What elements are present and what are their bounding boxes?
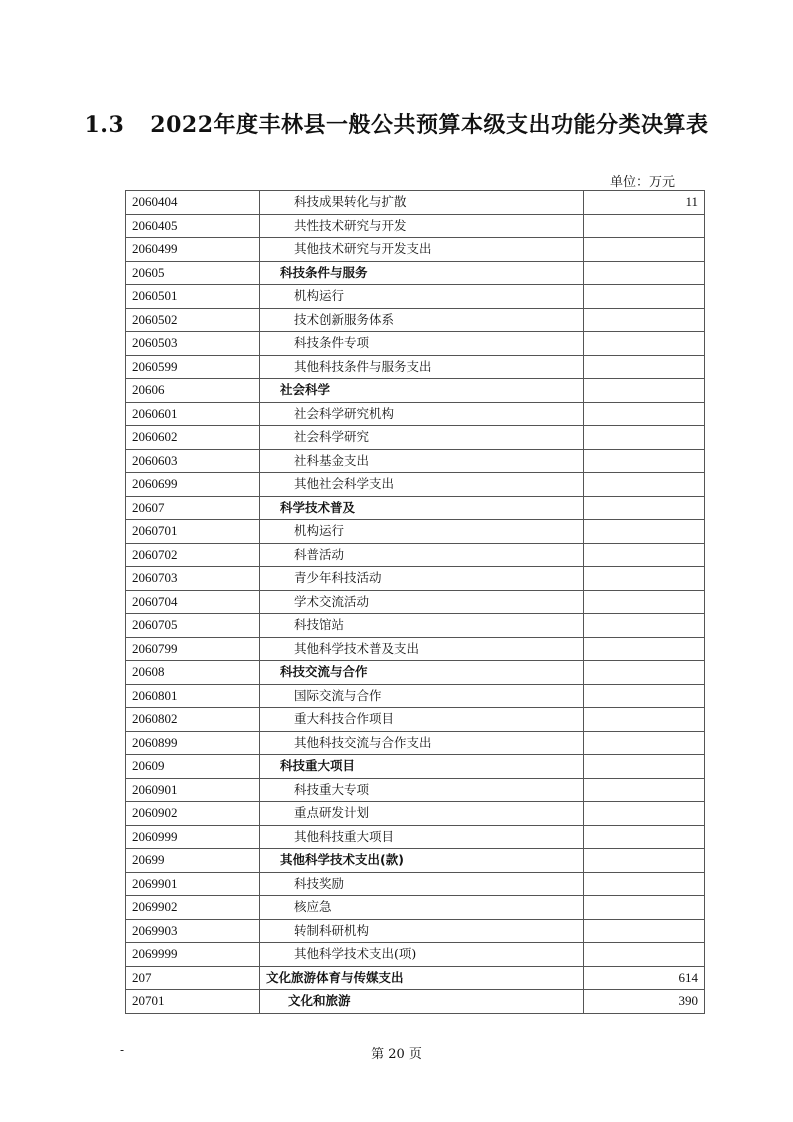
cell-amount	[584, 496, 705, 520]
cell-code: 20699	[126, 849, 260, 873]
cell-code: 20608	[126, 661, 260, 685]
cell-name: 科学技术普及	[260, 496, 584, 520]
table-row: 20605科技条件与服务	[126, 261, 705, 285]
cell-name: 社会科学研究	[260, 426, 584, 450]
table-row: 2060502技术创新服务体系	[126, 308, 705, 332]
cell-code: 2060405	[126, 214, 260, 238]
table-row: 2069999其他科学技术支出(项)	[126, 943, 705, 967]
cell-name: 共性技术研究与开发	[260, 214, 584, 238]
cell-code: 2060702	[126, 543, 260, 567]
cell-code: 2069903	[126, 919, 260, 943]
cell-name: 科技重大专项	[260, 778, 584, 802]
cell-amount	[584, 755, 705, 779]
table-row: 2060801国际交流与合作	[126, 684, 705, 708]
table-row: 2060702科普活动	[126, 543, 705, 567]
cell-amount	[584, 238, 705, 262]
table-row: 2060999其他科技重大项目	[126, 825, 705, 849]
cell-code: 2069901	[126, 872, 260, 896]
cell-name: 核应急	[260, 896, 584, 920]
table-row: 2060901科技重大专项	[126, 778, 705, 802]
cell-code: 2060499	[126, 238, 260, 262]
table-row: 20608科技交流与合作	[126, 661, 705, 685]
cell-code: 2060603	[126, 449, 260, 473]
cell-amount	[584, 896, 705, 920]
table-row: 2069903转制科研机构	[126, 919, 705, 943]
cell-code: 2060602	[126, 426, 260, 450]
table-row: 2060701机构运行	[126, 520, 705, 544]
cell-code: 2060801	[126, 684, 260, 708]
table-row: 2069902核应急	[126, 896, 705, 920]
table-row: 2060599其他科技条件与服务支出	[126, 355, 705, 379]
cell-name: 国际交流与合作	[260, 684, 584, 708]
cell-name: 技术创新服务体系	[260, 308, 584, 332]
cell-name: 科技成果转化与扩散	[260, 191, 584, 215]
table-row: 2060704学术交流活动	[126, 590, 705, 614]
cell-amount	[584, 473, 705, 497]
cell-code: 20609	[126, 755, 260, 779]
cell-name: 社会科学研究机构	[260, 402, 584, 426]
cell-name: 其他科学技术支出(款)	[260, 849, 584, 873]
table-row: 2060603社科基金支出	[126, 449, 705, 473]
table-row: 2060705科技馆站	[126, 614, 705, 638]
cell-name: 科技交流与合作	[260, 661, 584, 685]
cell-code: 2060902	[126, 802, 260, 826]
table-row: 2060899其他科技交流与合作支出	[126, 731, 705, 755]
cell-code: 2060501	[126, 285, 260, 309]
cell-name: 重点研发计划	[260, 802, 584, 826]
cell-amount	[584, 332, 705, 356]
cell-amount	[584, 708, 705, 732]
cell-name: 科技馆站	[260, 614, 584, 638]
cell-name: 科技条件与服务	[260, 261, 584, 285]
title-number: 1.3	[84, 112, 124, 138]
cell-code: 2060503	[126, 332, 260, 356]
cell-amount	[584, 355, 705, 379]
unit-label: 单位：万元	[600, 171, 675, 190]
cell-name: 学术交流活动	[260, 590, 584, 614]
cell-amount	[584, 872, 705, 896]
table-row: 20609科技重大项目	[126, 755, 705, 779]
cell-name: 机构运行	[260, 285, 584, 309]
page-title: 1.32022年度丰林县一般公共预算本级支出功能分类决算表	[0, 108, 793, 139]
cell-amount	[584, 778, 705, 802]
cell-name: 其他科学技术支出(项)	[260, 943, 584, 967]
cell-code: 2060699	[126, 473, 260, 497]
cell-amount	[584, 402, 705, 426]
cell-code: 2060703	[126, 567, 260, 591]
cell-name: 其他科技条件与服务支出	[260, 355, 584, 379]
cell-name: 科技奖励	[260, 872, 584, 896]
table-row: 20606社会科学	[126, 379, 705, 403]
cell-code: 2069902	[126, 896, 260, 920]
cell-name: 其他科学技术普及支出	[260, 637, 584, 661]
table-row: 2060503科技条件专项	[126, 332, 705, 356]
table-row: 2060799其他科学技术普及支出	[126, 637, 705, 661]
cell-amount	[584, 426, 705, 450]
cell-code: 20605	[126, 261, 260, 285]
cell-amount	[584, 802, 705, 826]
cell-amount	[584, 614, 705, 638]
table-row: 2060501机构运行	[126, 285, 705, 309]
cell-amount	[584, 684, 705, 708]
table-row: 2060405共性技术研究与开发	[126, 214, 705, 238]
cell-code: 2060799	[126, 637, 260, 661]
cell-code: 2060601	[126, 402, 260, 426]
cell-amount	[584, 261, 705, 285]
cell-amount	[584, 543, 705, 567]
cell-name: 社科基金支出	[260, 449, 584, 473]
cell-name: 科技重大项目	[260, 755, 584, 779]
cell-amount	[584, 919, 705, 943]
cell-amount	[584, 520, 705, 544]
table-row: 2060404科技成果转化与扩散11	[126, 191, 705, 215]
cell-amount	[584, 637, 705, 661]
cell-name: 社会科学	[260, 379, 584, 403]
cell-name: 青少年科技活动	[260, 567, 584, 591]
cell-amount	[584, 308, 705, 332]
cell-code: 2060701	[126, 520, 260, 544]
cell-code: 2060704	[126, 590, 260, 614]
table-row: 2060802重大科技合作项目	[126, 708, 705, 732]
table-row: 20699其他科学技术支出(款)	[126, 849, 705, 873]
cell-amount	[584, 661, 705, 685]
cell-name: 其他技术研究与开发支出	[260, 238, 584, 262]
cell-code: 2060705	[126, 614, 260, 638]
cell-amount	[584, 449, 705, 473]
table-row: 2069901科技奖励	[126, 872, 705, 896]
table-row: 2060902重点研发计划	[126, 802, 705, 826]
table-row: 2060699其他社会科学支出	[126, 473, 705, 497]
cell-code: 2060999	[126, 825, 260, 849]
cell-amount: 614	[584, 966, 705, 990]
table-row: 20701文化和旅游390	[126, 990, 705, 1014]
cell-amount	[584, 849, 705, 873]
cell-name: 科技条件专项	[260, 332, 584, 356]
table-row: 2060703青少年科技活动	[126, 567, 705, 591]
cell-amount	[584, 214, 705, 238]
cell-code: 20606	[126, 379, 260, 403]
cell-code: 20607	[126, 496, 260, 520]
cell-amount	[584, 285, 705, 309]
cell-code: 20701	[126, 990, 260, 1014]
cell-name: 机构运行	[260, 520, 584, 544]
table-row: 2060499其他技术研究与开发支出	[126, 238, 705, 262]
cell-code: 2060502	[126, 308, 260, 332]
budget-table-body: 2060404科技成果转化与扩散112060405共性技术研究与开发206049…	[126, 191, 705, 1014]
budget-table: 2060404科技成果转化与扩散112060405共性技术研究与开发206049…	[125, 190, 705, 1014]
cell-code: 2069999	[126, 943, 260, 967]
cell-code: 2060802	[126, 708, 260, 732]
table-row: 2060601社会科学研究机构	[126, 402, 705, 426]
cell-amount	[584, 379, 705, 403]
table-row: 207文化旅游体育与传媒支出614	[126, 966, 705, 990]
cell-name: 文化和旅游	[260, 990, 584, 1014]
table-row: 2060602社会科学研究	[126, 426, 705, 450]
cell-code: 207	[126, 966, 260, 990]
table-row: 20607科学技术普及	[126, 496, 705, 520]
cell-name: 科普活动	[260, 543, 584, 567]
cell-code: 2060404	[126, 191, 260, 215]
cell-code: 2060901	[126, 778, 260, 802]
cell-name: 文化旅游体育与传媒支出	[260, 966, 584, 990]
cell-amount: 11	[584, 191, 705, 215]
cell-amount	[584, 825, 705, 849]
cell-code: 2060599	[126, 355, 260, 379]
cell-code: 2060899	[126, 731, 260, 755]
cell-name: 转制科研机构	[260, 919, 584, 943]
title-text: 2022年度丰林县一般公共预算本级支出功能分类决算表	[150, 112, 708, 138]
cell-amount	[584, 943, 705, 967]
cell-name: 重大科技合作项目	[260, 708, 584, 732]
cell-amount: 390	[584, 990, 705, 1014]
cell-amount	[584, 590, 705, 614]
cell-amount	[584, 731, 705, 755]
page-number: 第 20 页	[0, 1043, 793, 1062]
cell-name: 其他科技重大项目	[260, 825, 584, 849]
cell-name: 其他社会科学支出	[260, 473, 584, 497]
cell-amount	[584, 567, 705, 591]
cell-name: 其他科技交流与合作支出	[260, 731, 584, 755]
